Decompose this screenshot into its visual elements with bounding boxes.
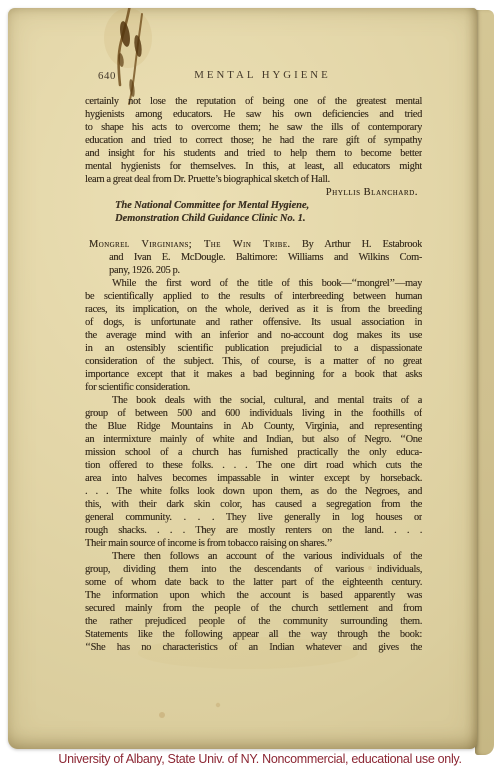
text-line: tion offered to these folks. . . . The o… [85, 459, 422, 472]
book-page-edge [475, 10, 494, 755]
ink-streak [129, 14, 142, 104]
block-affiliation: The National Committee for Mental Hygien… [85, 199, 422, 225]
text-line: general community. . . . They live gener… [85, 511, 422, 524]
text-line: Statements like the following appear all… [85, 628, 422, 641]
citation-title: Mongrel Virginians; The Win Tribe. [89, 239, 290, 250]
text-line: rough shacks. . . . They are mostly rent… [85, 524, 422, 537]
page-scan: 640 MENTAL HYGIENE certainly not lose th… [8, 8, 477, 749]
text-line: . . . The white folks look down upon the… [85, 485, 422, 498]
text-line: Phyllis Blanchard. [85, 186, 422, 199]
text-line: the average mind with an inferior and no… [85, 329, 422, 342]
footer-credit-text: University of Albany, State Univ. of NY.… [58, 752, 461, 766]
text-line: mental hygienists for themselves. In thi… [85, 160, 422, 173]
text-line: some of whom date back to the latter par… [85, 576, 422, 589]
text-line: group, dividing them into the descendant… [85, 563, 422, 576]
text-line: for scientific consideration. [85, 381, 422, 394]
text-line: While the first word of the title of thi… [85, 277, 422, 290]
footer-credit-bar: University of Albany, State Univ. of NY.… [0, 750, 494, 771]
foxing-spot [159, 712, 165, 718]
text-line: group of between 500 and 600 individuals… [85, 407, 422, 420]
block-para: The book deals with the social, cultural… [85, 394, 422, 550]
text-line: the rather prejudiced people of the comm… [85, 615, 422, 628]
text-line: importance except that it makes a bad be… [85, 368, 422, 381]
journal-title: MENTAL HYGIENE [94, 69, 431, 81]
block-byline: Phyllis Blanchard. [85, 186, 422, 199]
text-line: education and tried to correct those; he… [85, 134, 422, 147]
foxing-spot [216, 703, 220, 707]
text-line: Demonstration Child Guidance Clinic No. … [85, 212, 422, 225]
text-line: the Blue Ridge Mountains in Ab County, V… [85, 420, 422, 433]
text-line: certainly not lose the reputation of bei… [85, 95, 422, 108]
text-line: There then follows an account of the var… [85, 550, 422, 563]
text-line: consideration of the subject. This, of c… [85, 355, 422, 368]
text-line: pany, 1926. 205 p. [85, 264, 422, 277]
text-line: The National Committee for Mental Hygien… [85, 199, 422, 212]
text-line: area into halves becomes impassable in w… [85, 472, 422, 485]
text-line: and Ivan E. McDougle. Baltimore: William… [85, 251, 422, 264]
ink-blob [133, 35, 143, 58]
text-line: an intermixture mainly of white and Indi… [85, 433, 422, 446]
text-line: to shape his acts to overcome them; he s… [85, 121, 422, 134]
text-line: in an ostensibly scientific publication … [85, 342, 422, 355]
text-line: secured mainly from the people of the ch… [85, 602, 422, 615]
citation-lead-line: Mongrel Virginians; The Win Tribe. By Ar… [85, 238, 422, 251]
text-line: and insight for his students and tried t… [85, 147, 422, 160]
text-line: hygienists among educators. He saw his o… [85, 108, 422, 121]
text-line: races, its implication, on the whole, de… [85, 303, 422, 316]
stain-halo [104, 8, 152, 68]
ink-blob [117, 53, 124, 68]
ink-blob [118, 20, 131, 47]
block-citation: Mongrel Virginians; The Win Tribe. By Ar… [85, 238, 422, 277]
text-line: ‘‘She has no characteristics of an India… [85, 641, 422, 654]
text-column: certainly not lose the reputation of bei… [85, 95, 422, 654]
text-line: mission school of a church has furnished… [85, 446, 422, 459]
text-line: The information upon which the account i… [85, 589, 422, 602]
running-head: 640 MENTAL HYGIENE [85, 69, 422, 84]
block-para: There then follows an account of the var… [85, 550, 422, 654]
text-line: of dogs, is unfortunate and rather offen… [85, 316, 422, 329]
text-line: be scientifically applied to the results… [85, 290, 422, 303]
block-para: While the first word of the title of thi… [85, 277, 422, 394]
block-para: certainly not lose the reputation of bei… [85, 95, 422, 186]
text-line: learn a great deal from Dr. Pruette’s bi… [85, 173, 422, 186]
text-line: Their main source of income is from toba… [85, 537, 422, 550]
text-line: The book deals with the social, cultural… [85, 394, 422, 407]
text-line: this, with their dark skin color, has ca… [85, 498, 422, 511]
